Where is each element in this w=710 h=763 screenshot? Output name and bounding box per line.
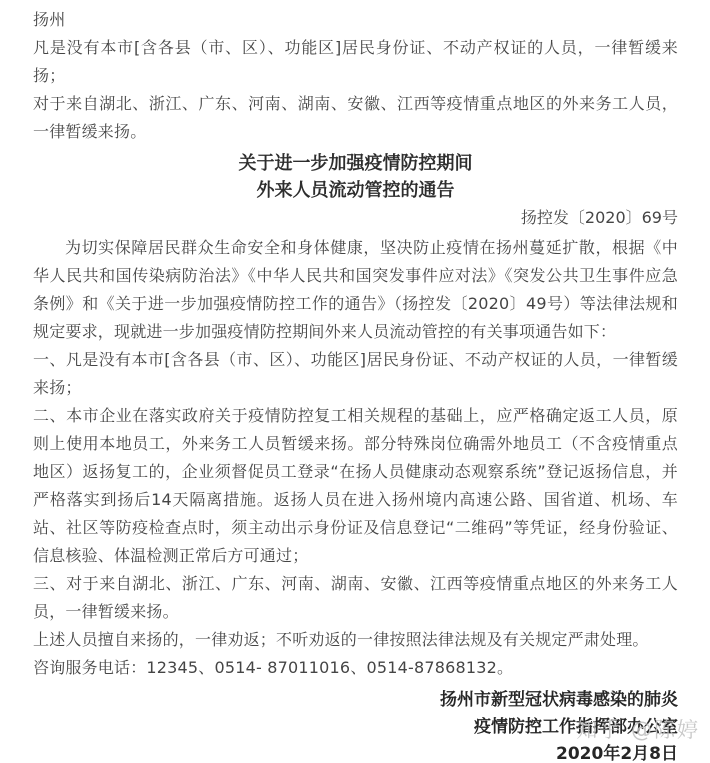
notice-warning: 上述人员擅自来扬的，一律劝返；不听劝返的一律按照法律法规及有关规定严肃处理。: [33, 626, 678, 654]
signature-date: 2020年2月8日: [33, 741, 678, 763]
signature-line-1: 扬州市新型冠状病毒感染的肺炎: [33, 687, 678, 714]
notice-document-page: 扬州 凡是没有本市[含各县（市、区）、功能区]居民身份证、不动产权证的人员，一律…: [0, 0, 710, 763]
notice-item-2: 二、本市企业在落实政府关于疫情防控复工相关规程的基础上，应严格确定返工人员，原则…: [33, 402, 678, 570]
notice-item-1: 一、凡是没有本市[含各县（市、区）、功能区]居民身份证、不动产权证的人员，一律暂…: [33, 346, 678, 402]
notice-item-3: 三、对于来自湖北、浙江、广东、河南、湖南、安徽、江西等疫情重点地区的外来务工人员…: [33, 570, 678, 626]
signature-block: 扬州市新型冠状病毒感染的肺炎 疫情防控工作指挥部办公室 2020年2月8日: [33, 687, 678, 763]
notice-hotline: 咨询服务电话：12345、0514- 87011016、0514-8786813…: [33, 654, 678, 682]
signature-line-2: 疫情防控工作指挥部办公室: [33, 714, 678, 741]
intro-rule-1: 凡是没有本市[含各县（市、区）、功能区]居民身份证、不动产权证的人员，一律暂缓来…: [33, 34, 678, 90]
notice-title-line-2: 外来人员流动管控的通告: [33, 177, 678, 204]
intro-rule-2: 对于来自湖北、浙江、广东、河南、湖南、安徽、江西等疫情重点地区的外来务工人员，一…: [33, 90, 678, 146]
notice-title-line-1: 关于进一步加强疫情防控期间: [33, 150, 678, 177]
notice-title: 关于进一步加强疫情防控期间 外来人员流动管控的通告: [33, 150, 678, 204]
notice-preamble: 为切实保障居民群众生命安全和身体健康，坚决防止疫情在扬州蔓延扩散，根据《中华人民…: [33, 234, 678, 346]
doc-number: 扬控发〔2020〕69号: [33, 204, 678, 232]
intro-city: 扬州: [33, 6, 678, 34]
